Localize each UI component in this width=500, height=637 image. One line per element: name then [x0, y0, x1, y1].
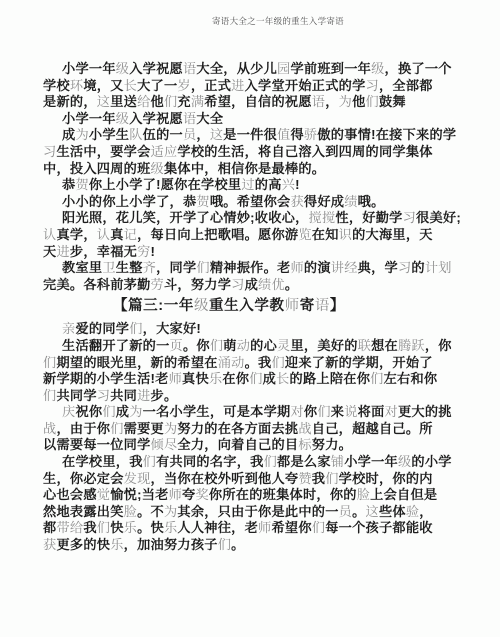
light-char: 为 — [164, 504, 177, 519]
light-char: 们 — [325, 471, 338, 486]
text-line: 天进步，幸福无穷! — [43, 244, 467, 261]
light-char: 涌 — [218, 355, 231, 370]
light-char: 给 — [137, 94, 150, 109]
light-char: 动 — [231, 355, 244, 370]
light-char: 搅 — [322, 210, 335, 225]
light-char: 卫 — [102, 260, 115, 275]
light-char: 战 — [43, 421, 56, 436]
text-line: 以需要每一位同学倾尽全力，向着自己的目标努力。 — [43, 437, 467, 454]
light-char: 为 — [129, 404, 142, 419]
light-char: 乐 — [110, 537, 123, 552]
light-char: 环 — [70, 78, 83, 93]
light-char: 习 — [366, 78, 379, 93]
light-char: 赞 — [298, 471, 311, 486]
light-char: 齐 — [143, 260, 156, 275]
light-char: 说 — [344, 404, 357, 419]
light-char: 计 — [425, 260, 438, 275]
light-char: 铺 — [331, 454, 344, 469]
light-char: 员 — [339, 504, 352, 519]
light-char: 适 — [151, 144, 164, 159]
text-line: 小学一年级入学祝愿语大全 — [43, 111, 467, 128]
light-char: 贺 — [75, 177, 88, 192]
light-char: 级 — [116, 111, 129, 126]
light-char: 贺 — [196, 194, 209, 209]
text-line: 成为小学生队伍的一员，这是一件很值得骄傲的事情!在接下来的学 — [43, 127, 467, 144]
text-line: 恭贺你上小学了!愿你在学校里过的高兴! — [43, 177, 467, 194]
light-char: 园 — [277, 61, 290, 76]
light-char: 们 — [249, 371, 262, 386]
light-char: 带 — [56, 520, 69, 535]
light-char: 为 — [164, 421, 177, 436]
light-char: 过 — [241, 177, 254, 192]
light-char: 语 — [315, 298, 330, 314]
text-line: 们期望的眼光里，新的希望在涌动。我们迎来了新的学期，开始了 — [43, 355, 467, 372]
light-char: 亲 — [62, 321, 75, 336]
light-char: 长 — [276, 371, 289, 386]
light-char: 获 — [43, 537, 56, 552]
text-line: 小学一年级入学祝愿语大全，从少儿园学前班到一年级，换了一个 — [43, 61, 467, 78]
light-char: 们 — [110, 421, 123, 436]
light-char: 脸 — [124, 504, 137, 519]
light-char: 讲 — [331, 260, 344, 275]
text-line: 是新的，这里送给他们充满希望，自信的祝愿语，为他们鼓舞 — [43, 94, 467, 111]
light-char: 划 — [438, 260, 451, 275]
text-line: 然地表露出笑脸。不为其余，只由于你是此中的一员。这些体验， — [43, 504, 467, 521]
light-char: 师 — [285, 298, 300, 314]
light-char: 奖 — [195, 487, 208, 502]
light-char: 经 — [344, 260, 357, 275]
light-char: 们 — [143, 454, 156, 469]
text-line: 生，你必定会发现，当你在校外听到他人夸赞我们学校时，你的内 — [43, 471, 467, 488]
text-line: 获更多的快乐，加油努力孩子们。 — [43, 537, 467, 554]
light-char: 联 — [358, 338, 371, 353]
section-heading: 【篇三:一年级重生入学教师寄语】 — [43, 296, 415, 316]
text-line: 生活翻开了新的一页。你们萌动的心灵里，美好的联想在腾跃，你 — [43, 338, 467, 355]
text-line: 学校环境，又长大了一岁，正式进入学堂开始正式的学习，全部都 — [43, 78, 467, 95]
light-char: 腾 — [398, 338, 411, 353]
light-char: 师 — [169, 487, 182, 502]
text-line: 完美。各科前茅勤劳斗，努力学习成绩优。 — [43, 277, 467, 294]
text-line: 亲爱的同学们，大家好! — [43, 321, 467, 338]
light-char: 级 — [194, 298, 209, 314]
light-char: 们 — [264, 454, 277, 469]
light-char: 兴 — [282, 177, 295, 192]
light-char: 进 — [231, 78, 244, 93]
light-char: 动 — [237, 338, 250, 353]
doc-header-title: 寄语大全之一年级的重生入学寄语 — [0, 15, 500, 27]
light-char: 级 — [398, 454, 411, 469]
light-char: 认 — [97, 227, 110, 242]
light-char: 们 — [196, 260, 209, 275]
text-line: 教室里卫生整齐，同学们精神振作。老师的演讲经典，学习的计划 — [43, 260, 467, 277]
light-char: 这 — [210, 127, 223, 142]
light-char: 值 — [277, 127, 290, 142]
text-line: 都带给我们快乐。快乐人人神往，老师希望你们每一个孩子都能收 — [43, 520, 467, 537]
light-char: 乐 — [164, 520, 177, 535]
doc-body: 小学一年级入学祝愿语大全，从少儿园学前班到一年级，换了一个学校环境，又长大了一岁… — [43, 61, 467, 554]
light-char: 记 — [124, 227, 137, 242]
light-char: 习 — [398, 260, 411, 275]
text-line: 小小的你上小学了，恭贺哦。希望你会获得好成绩哦。 — [43, 194, 467, 211]
light-char: 长 — [124, 78, 137, 93]
light-char: 乐 — [209, 371, 222, 386]
light-char: 脸 — [357, 487, 370, 502]
light-char: 这 — [366, 504, 379, 519]
light-char: 验 — [406, 504, 419, 519]
light-char: 劳 — [151, 277, 164, 292]
text-line: 在学校里，我们有共同的名字，我们都是么家铺小学一年级的小学 — [43, 454, 467, 471]
text-line: 战，由于你们需要更为努力的在各方面去挑战自己，超越自己。所 — [43, 421, 467, 438]
light-char: 们 — [271, 355, 284, 370]
light-char: 们 — [97, 520, 110, 535]
light-char: 习 — [43, 144, 56, 159]
light-char: 现 — [137, 471, 150, 486]
light-char: 为 — [75, 127, 88, 142]
light-char: 员 — [183, 127, 196, 142]
light-char: 觉 — [97, 487, 110, 502]
light-char: 绩 — [258, 277, 271, 292]
light-char: 们 — [210, 338, 223, 353]
light-char: 发 — [124, 471, 137, 486]
light-char: 识 — [339, 227, 352, 242]
text-line: 心也会感觉愉悦;当老师夸奖你所在的班集体时，你的脸上会自但是 — [43, 487, 467, 504]
light-char: 对 — [385, 404, 398, 419]
light-char: 们 — [129, 321, 142, 336]
light-char: 们 — [218, 537, 231, 552]
light-char: 给 — [70, 520, 83, 535]
light-char: 师 — [169, 371, 182, 386]
light-char: 语 — [312, 94, 325, 109]
light-char: 穷 — [137, 244, 150, 259]
light-char: 览 — [298, 227, 311, 242]
light-char: 认 — [43, 227, 56, 242]
light-char: 师 — [258, 520, 271, 535]
light-char: 倾 — [151, 437, 164, 452]
light-char: 级 — [151, 161, 164, 176]
light-char: 满 — [191, 94, 204, 109]
text-line: 认真学，认真记，每日向上把歌唱。愿你游览在知识的大海里，天 — [43, 227, 467, 244]
light-char: 应 — [164, 144, 177, 159]
light-char: 页 — [170, 338, 183, 353]
light-char: 绩 — [344, 194, 357, 209]
light-char: 队 — [129, 127, 142, 142]
light-char: 骄 — [304, 127, 317, 142]
light-char: 这 — [97, 94, 110, 109]
text-line: 庆祝你们成为一名小学生，可是本学期对你们来说将面对更大的挑 — [43, 404, 467, 421]
light-char: 获 — [290, 194, 303, 209]
light-char: 师 — [290, 260, 303, 275]
text-line: 中，投入四周的班级集体中，相信你是最棒的。 — [43, 161, 467, 178]
light-char: 语 — [183, 111, 196, 126]
light-char: 进 — [56, 244, 69, 259]
light-char: 们 — [312, 520, 325, 535]
light-char: 进 — [137, 388, 150, 403]
document-page: 寄语大全之一年级的重生入学寄语 小学一年级入学祝愿语大全，从少儿园学前班到一年级… — [0, 0, 500, 637]
light-char: 尽 — [164, 437, 177, 452]
light-char: 们 — [164, 94, 177, 109]
light-char: 岁 — [177, 78, 190, 93]
light-char: 级 — [371, 61, 384, 76]
light-char: 们 — [43, 388, 56, 403]
light-char: 标 — [298, 437, 311, 452]
light-char: 跃 — [411, 338, 424, 353]
light-char: 战 — [298, 421, 311, 436]
light-char: 为 — [339, 94, 352, 109]
light-char: 习 — [403, 210, 416, 225]
text-line: 习生活中，要学会适应学校的生活，将自己溶入到四周的同学集体 — [43, 144, 467, 161]
text-line: 们共同学习共同进步。 — [43, 388, 467, 405]
light-char: 灵 — [277, 338, 290, 353]
light-char: 习 — [97, 388, 110, 403]
light-char: 们 — [370, 371, 383, 386]
text-line: 阳光照，花儿笑，开学了心情妙;收收心，搅搅性，好勤学习很美好; — [43, 210, 467, 227]
light-char: 们 — [102, 404, 115, 419]
light-char: 们 — [43, 355, 56, 370]
light-char: 们 — [366, 94, 379, 109]
light-char: 对 — [290, 404, 303, 419]
text-line: 新学期的小学生活!老师真快乐在你们成长的路上陪在你们左右和你 — [43, 371, 467, 388]
light-char: 搅 — [309, 210, 322, 225]
light-char: 习 — [231, 277, 244, 292]
light-char: 级 — [116, 61, 129, 76]
light-char: 庆 — [62, 404, 75, 419]
light-char: 语 — [183, 61, 196, 76]
light-char: 们 — [317, 404, 330, 419]
light-char: 优 — [271, 277, 284, 292]
light-char: 乐 — [124, 520, 137, 535]
